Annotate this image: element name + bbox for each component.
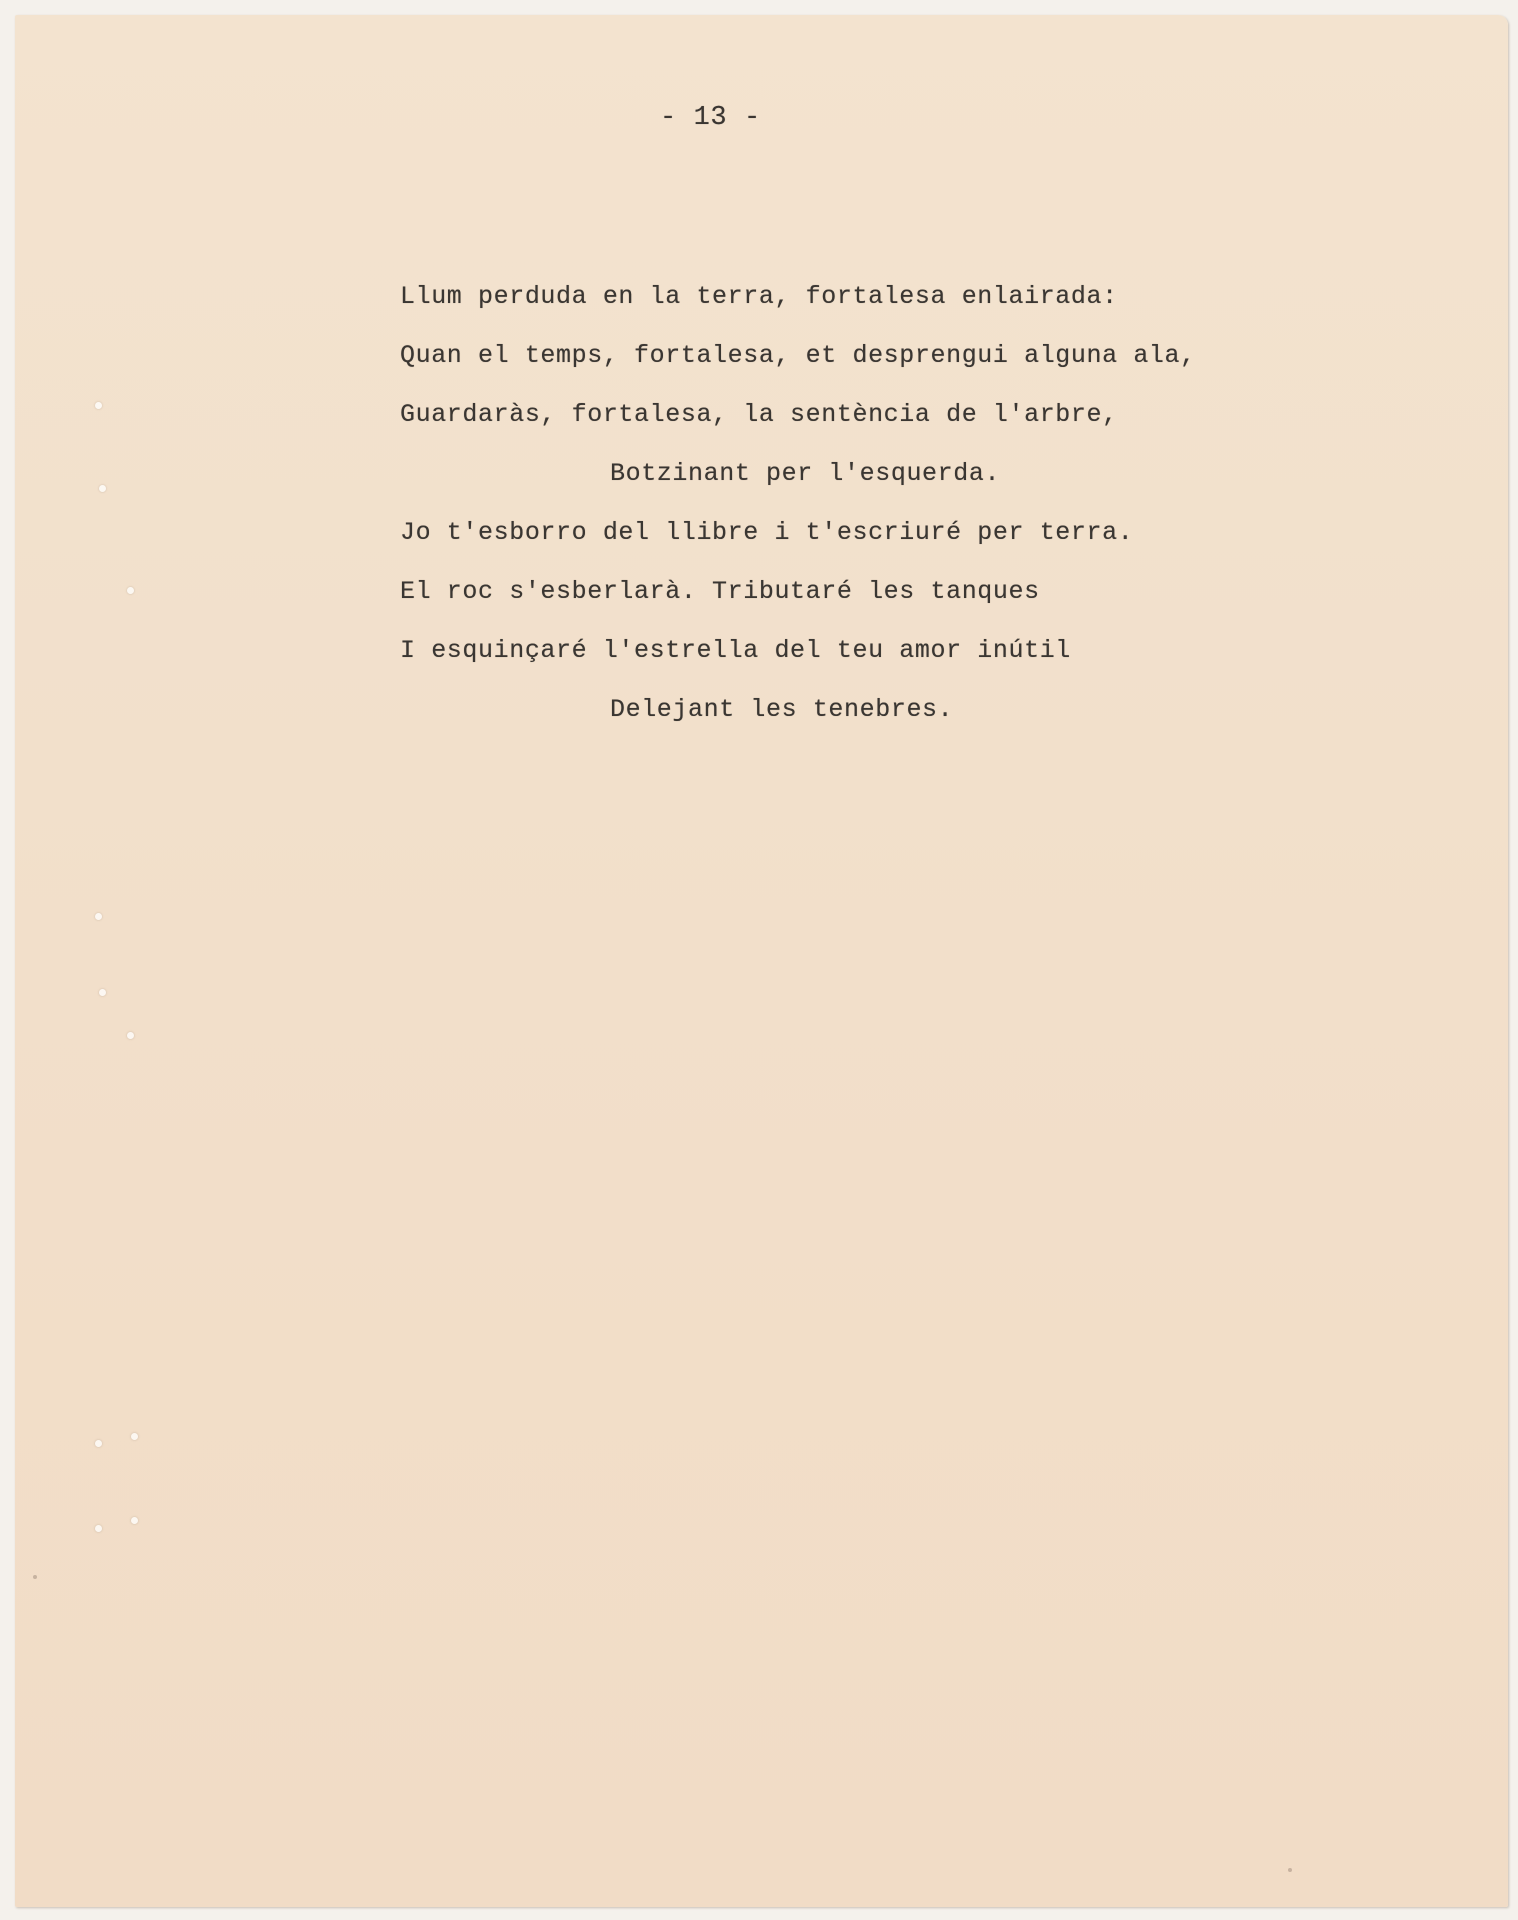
- punch-hole: [131, 1517, 138, 1524]
- poem-line-4: Botzinant per l'esquerda.: [610, 459, 1000, 488]
- poem-line-2: Quan el temps, fortalesa, et desprengui …: [400, 341, 1196, 370]
- punch-hole: [95, 402, 102, 409]
- poem-line-3: Guardaràs, fortalesa, la sentència de l'…: [400, 400, 1118, 429]
- punch-hole: [127, 587, 134, 594]
- page-number: - 13 -: [660, 103, 761, 133]
- poem-line-8: Delejant les tenebres.: [610, 695, 953, 724]
- poem-line-5: Jo t'esborro del llibre i t'escriuré per…: [400, 518, 1133, 547]
- punch-hole: [99, 485, 106, 492]
- poem-line-6: El roc s'esberlarà. Tributaré les tanque…: [400, 577, 1040, 606]
- punch-hole: [95, 913, 102, 920]
- poem-line-7: I esquinçaré l'estrella del teu amor inú…: [400, 636, 1071, 665]
- punch-hole: [95, 1440, 102, 1447]
- paper-speck: [33, 1575, 37, 1579]
- punch-hole: [99, 989, 106, 996]
- punch-hole: [127, 1032, 134, 1039]
- punch-hole: [131, 1433, 138, 1440]
- poem-line-1: Llum perduda en la terra, fortalesa enla…: [400, 282, 1118, 311]
- punch-hole: [95, 1525, 102, 1532]
- paper-speck: [1288, 1868, 1292, 1872]
